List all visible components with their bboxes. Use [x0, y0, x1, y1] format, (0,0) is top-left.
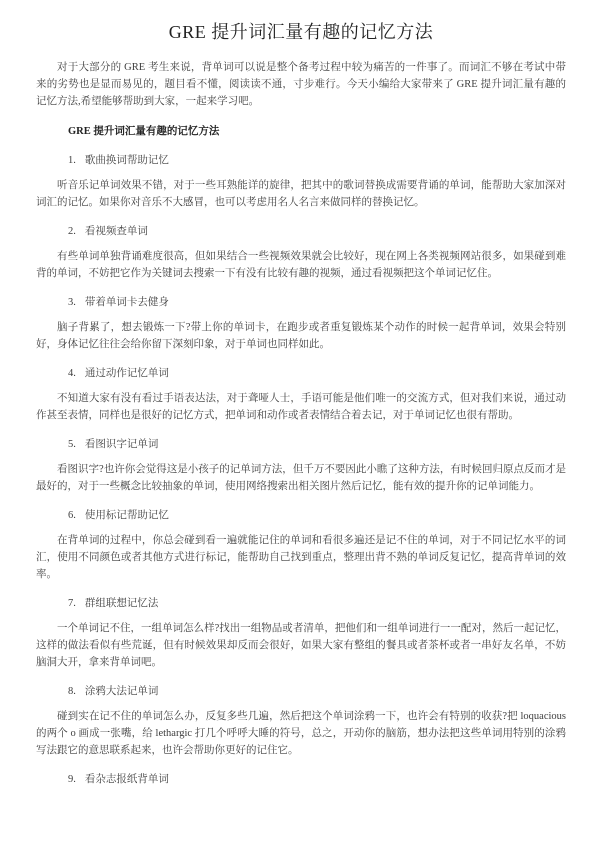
- section-paragraph: 碰到实在记不住的单词怎么办，反复多些几遍，然后把这个单词涂鸦一下，也许会有特别的…: [36, 708, 566, 759]
- section: 4.通过动作记忆单词 不知道大家有没有看过手语表达法，对于聋哑人士，手语可能是他…: [36, 365, 566, 424]
- section-number: 6.: [68, 510, 76, 521]
- section: 7.群组联想记忆法 一个单词记不住，一组单词怎么样?找出一组物品或者清单，把他们…: [36, 595, 566, 671]
- section: 6.使用标记帮助记忆 在背单词的过程中，你总会碰到看一遍就能记住的单词和看很多遍…: [36, 507, 566, 583]
- section-title: 看视频查单词: [85, 226, 148, 237]
- section-title: 看图识字记单词: [85, 439, 159, 450]
- section-title: 通过动作记忆单词: [85, 368, 169, 379]
- section-paragraph: 看图识字?也许你会觉得这是小孩子的记单词方法，但千万不要因此小瞧了这种方法，有时…: [36, 461, 566, 495]
- section-paragraph: 有些单词单独背诵难度很高，但如果结合一些视频效果就会比较好，现在网上各类视频网站…: [36, 248, 566, 282]
- section-heading: 6.使用标记帮助记忆: [68, 507, 566, 524]
- section-heading: 7.群组联想记忆法: [68, 595, 566, 612]
- section-heading: 4.通过动作记忆单词: [68, 365, 566, 382]
- section: 5.看图识字记单词 看图识字?也许你会觉得这是小孩子的记单词方法，但千万不要因此…: [36, 436, 566, 495]
- section-paragraph: 在背单词的过程中，你总会碰到看一遍就能记住的单词和看很多遍还是记不住的单词，对于…: [36, 532, 566, 583]
- page-title: GRE 提升词汇量有趣的记忆方法: [36, 20, 566, 44]
- section: 2.看视频查单词 有些单词单独背诵难度很高，但如果结合一些视频效果就会比较好，现…: [36, 223, 566, 282]
- article-subheading: GRE 提升词汇量有趣的记忆方法: [68, 123, 566, 140]
- section-number: 4.: [68, 368, 76, 379]
- section: 1.歌曲换词帮助记忆 听音乐记单词效果不错，对于一些耳熟能详的旋律，把其中的歌词…: [36, 152, 566, 211]
- section-number: 8.: [68, 686, 76, 697]
- section-title: 歌曲换词帮助记忆: [85, 155, 169, 166]
- section-paragraph: 不知道大家有没有看过手语表达法，对于聋哑人士，手语可能是他们唯一的交流方式，但对…: [36, 390, 566, 424]
- section-paragraph: 一个单词记不住，一组单词怎么样?找出一组物品或者清单，把他们和一组单词进行一一配…: [36, 620, 566, 671]
- section-title: 使用标记帮助记忆: [85, 510, 169, 521]
- section-heading: 9.看杂志报纸背单词: [68, 771, 566, 788]
- section-number: 1.: [68, 155, 76, 166]
- section-number: 7.: [68, 598, 76, 609]
- section-title: 带着单词卡去健身: [85, 297, 169, 308]
- section-number: 9.: [68, 774, 76, 785]
- section-heading: 3.带着单词卡去健身: [68, 294, 566, 311]
- section: 3.带着单词卡去健身 脑子背累了，想去锻炼一下?带上你的单词卡，在跑步或者重复锻…: [36, 294, 566, 353]
- section-title: 看杂志报纸背单词: [85, 774, 169, 785]
- section-number: 5.: [68, 439, 76, 450]
- section-heading: 8.涂鸦大法记单词: [68, 683, 566, 700]
- section-number: 3.: [68, 297, 76, 308]
- section-paragraph: 脑子背累了，想去锻炼一下?带上你的单词卡，在跑步或者重复锻炼某个动作的时候一起背…: [36, 319, 566, 353]
- section-heading: 5.看图识字记单词: [68, 436, 566, 453]
- section-number: 2.: [68, 226, 76, 237]
- section-title: 群组联想记忆法: [85, 598, 159, 609]
- section: 9.看杂志报纸背单词: [36, 771, 566, 788]
- intro-paragraph: 对于大部分的 GRE 考生来说，背单词可以说是整个备考过程中较为痛苦的一件事了。…: [36, 59, 566, 110]
- section: 8.涂鸦大法记单词 碰到实在记不住的单词怎么办，反复多些几遍，然后把这个单词涂鸦…: [36, 683, 566, 759]
- document-page: GRE 提升词汇量有趣的记忆方法 对于大部分的 GRE 考生来说，背单词可以说是…: [0, 0, 600, 849]
- section-paragraph: 听音乐记单词效果不错，对于一些耳熟能详的旋律，把其中的歌词替换成需要背诵的单词，…: [36, 177, 566, 211]
- section-heading: 2.看视频查单词: [68, 223, 566, 240]
- section-title: 涂鸦大法记单词: [85, 686, 159, 697]
- section-heading: 1.歌曲换词帮助记忆: [68, 152, 566, 169]
